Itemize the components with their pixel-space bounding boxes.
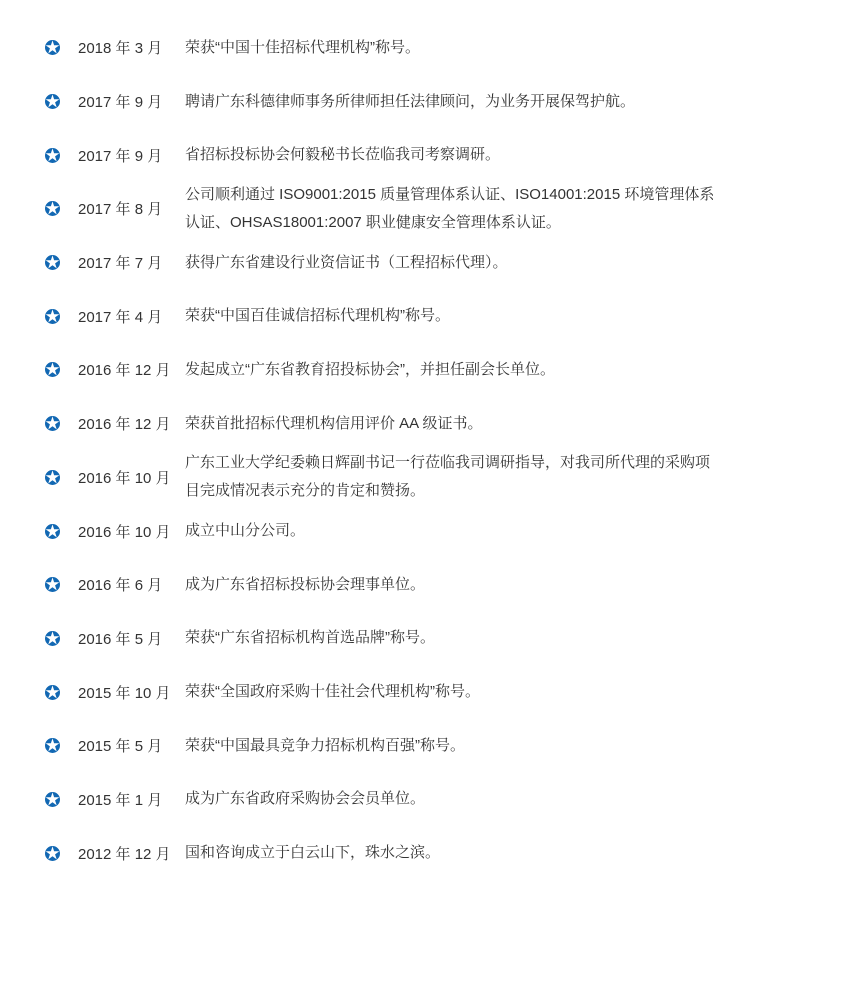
timeline-description: 国和咨询成立于白云山下，珠水之滨。 [185, 839, 440, 867]
timeline-date: 2015 年 10 月 [78, 682, 185, 703]
star-circle-icon [45, 738, 60, 753]
timeline-description: 成为广东省招标投标协会理事单位。 [185, 571, 425, 599]
timeline-item: 2017 年 7 月 获得广东省建设行业资信证书（工程招标代理）。 [0, 236, 850, 290]
timeline-date: 2017 年 7 月 [78, 252, 185, 273]
star-circle-icon [45, 416, 60, 431]
timeline-item: 2017 年 9 月 聘请广东科德律师事务所律师担任法律顾问，为业务开展保驾护航… [0, 75, 850, 129]
timeline-item: 2015 年 5 月 荣获“中国最具竞争力招标机构百强”称号。 [0, 719, 850, 773]
star-circle-icon [45, 94, 60, 109]
star-circle-icon [45, 631, 60, 646]
star-circle-icon [45, 524, 60, 539]
timeline-description: 荣获首批招标代理机构信用评价 AA 级证书。 [185, 410, 483, 438]
timeline-date: 2016 年 10 月 [78, 521, 185, 542]
timeline-item: 2017 年 9 月 省招标投标协会何毅秘书长莅临我司考察调研。 [0, 128, 850, 182]
timeline-date: 2017 年 9 月 [78, 91, 185, 112]
timeline-item: 2016 年 10 月 广东工业大学纪委赖日辉副书记一行莅临我司调研指导，对我司… [0, 451, 850, 505]
timeline-date: 2016 年 6 月 [78, 574, 185, 595]
timeline-date: 2017 年 9 月 [78, 145, 185, 166]
timeline-description: 荣获“中国十佳招标代理机构”称号。 [185, 34, 420, 62]
star-circle-icon [45, 685, 60, 700]
timeline-date: 2017 年 8 月 [78, 198, 185, 219]
timeline-item: 2017 年 8 月 公司顺利通过 ISO9001:2015 质量管理体系认证、… [0, 182, 850, 236]
timeline-item: 2016 年 10 月 成立中山分公司。 [0, 504, 850, 558]
timeline-item: 2016 年 12 月 荣获首批招标代理机构信用评价 AA 级证书。 [0, 397, 850, 451]
timeline-date: 2016 年 12 月 [78, 413, 185, 434]
timeline-description: 荣获“中国百佳诚信招标代理机构”称号。 [185, 302, 450, 330]
timeline-item: 2016 年 6 月 成为广东省招标投标协会理事单位。 [0, 558, 850, 612]
timeline-description: 聘请广东科德律师事务所律师担任法律顾问，为业务开展保驾护航。 [185, 88, 635, 116]
timeline-date: 2017 年 4 月 [78, 306, 185, 327]
timeline-date: 2018 年 3 月 [78, 37, 185, 58]
timeline-description: 公司顺利通过 ISO9001:2015 质量管理体系认证、ISO14001:20… [185, 181, 716, 237]
star-circle-icon [45, 792, 60, 807]
timeline-item: 2016 年 12 月 发起成立“广东省教育招投标协会”，并担任副会长单位。 [0, 343, 850, 397]
star-circle-icon [45, 255, 60, 270]
timeline-description: 成立中山分公司。 [185, 517, 305, 545]
timeline-date: 2016 年 12 月 [78, 359, 185, 380]
timeline-description: 荣获“中国最具竞争力招标机构百强”称号。 [185, 732, 465, 760]
timeline-date: 2016 年 10 月 [78, 467, 185, 488]
star-circle-icon [45, 309, 60, 324]
timeline-item: 2016 年 5 月 荣获“广东省招标机构首选品牌”称号。 [0, 612, 850, 666]
star-circle-icon [45, 577, 60, 592]
star-circle-icon [45, 201, 60, 216]
timeline-item: 2012 年 12 月 国和咨询成立于白云山下，珠水之滨。 [0, 826, 850, 880]
timeline-date: 2015 年 1 月 [78, 789, 185, 810]
timeline-date: 2016 年 5 月 [78, 628, 185, 649]
timeline-description: 荣获“广东省招标机构首选品牌”称号。 [185, 624, 435, 652]
star-circle-icon [45, 362, 60, 377]
timeline-item: 2017 年 4 月 荣获“中国百佳诚信招标代理机构”称号。 [0, 289, 850, 343]
timeline-date: 2015 年 5 月 [78, 735, 185, 756]
timeline-description: 广东工业大学纪委赖日辉副书记一行莅临我司调研指导，对我司所代理的采购项目完成情况… [185, 449, 716, 505]
timeline-description: 成为广东省政府采购协会会员单位。 [185, 785, 425, 813]
timeline-date: 2012 年 12 月 [78, 843, 185, 864]
timeline-item: 2015 年 1 月 成为广东省政府采购协会会员单位。 [0, 773, 850, 827]
timeline-item: 2018 年 3 月 荣获“中国十佳招标代理机构”称号。 [0, 21, 850, 75]
timeline-description: 获得广东省建设行业资信证书（工程招标代理）。 [185, 249, 508, 277]
timeline-description: 发起成立“广东省教育招投标协会”，并担任副会长单位。 [185, 356, 555, 384]
timeline-item: 2015 年 10 月 荣获“全国政府采购十佳社会代理机构”称号。 [0, 665, 850, 719]
star-circle-icon [45, 846, 60, 861]
timeline-description: 荣获“全国政府采购十佳社会代理机构”称号。 [185, 678, 480, 706]
star-circle-icon [45, 40, 60, 55]
star-circle-icon [45, 470, 60, 485]
star-circle-icon [45, 148, 60, 163]
timeline-description: 省招标投标协会何毅秘书长莅临我司考察调研。 [185, 141, 500, 169]
milestones-timeline: 2018 年 3 月 荣获“中国十佳招标代理机构”称号。 2017 年 9 月 … [0, 0, 850, 880]
